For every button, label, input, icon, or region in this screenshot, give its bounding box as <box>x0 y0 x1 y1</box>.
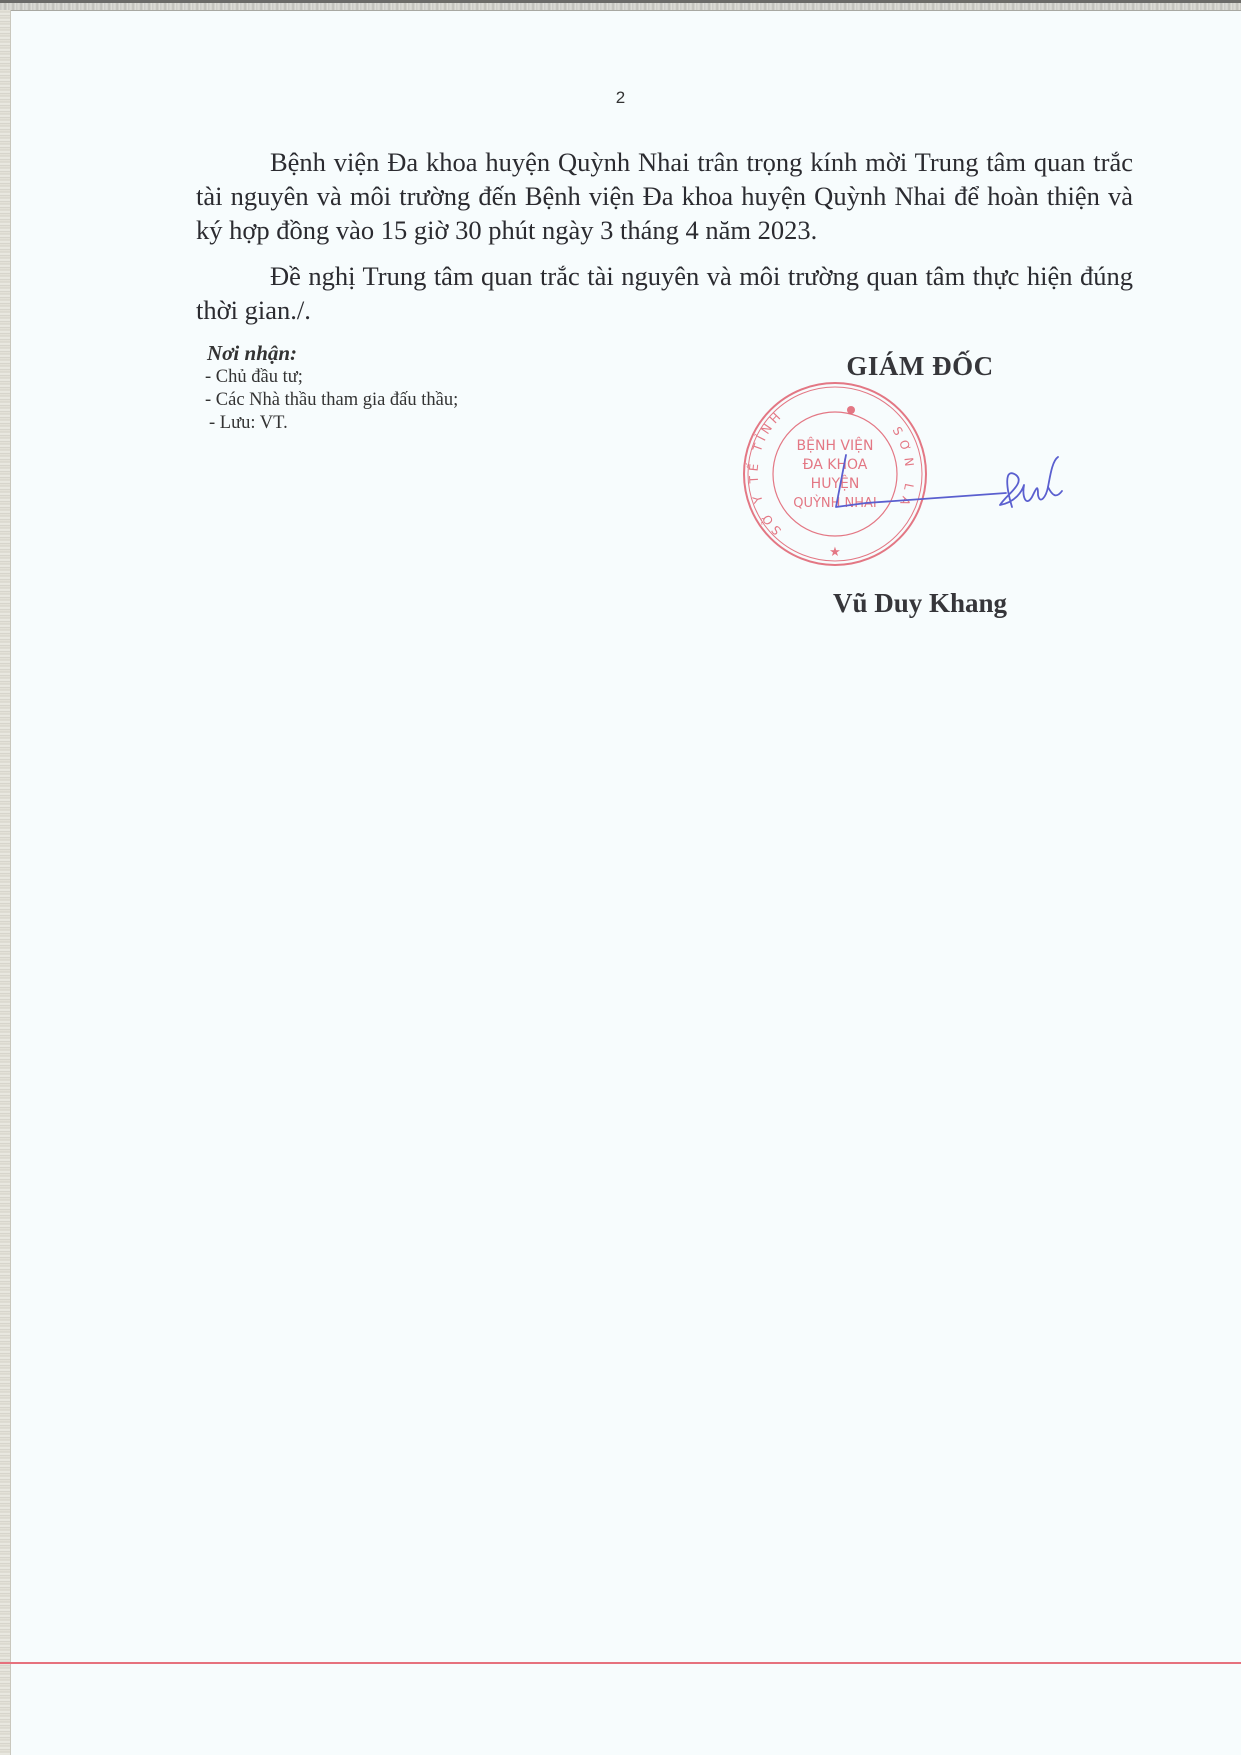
recipient-item: - Chủ đầu tư; <box>205 366 458 389</box>
body-paragraph-invitation: Bệnh viện Đa khoa huyện Quỳnh Nhai trân … <box>196 145 1133 247</box>
signer-name: Vũ Duy Khang <box>780 588 1060 619</box>
recipient-item: - Các Nhà thầu tham gia đấu thầu; <box>205 389 458 412</box>
stamp-ring-left-text: SỞ Y TẾ TỈNH <box>745 407 786 537</box>
recipients-title: Nơi nhận: <box>205 342 458 365</box>
footer-divider <box>0 1662 1241 1664</box>
recipient-item: - Lưu: VT. <box>205 412 458 435</box>
body-paragraph-request: Đề nghị Trung tâm quan trắc tài nguyên v… <box>196 259 1133 327</box>
stamp-star-icon: ★ <box>829 545 841 560</box>
stamp-dot <box>847 406 855 414</box>
paragraph-text: Bệnh viện Đa khoa huyện Quỳnh Nhai trân … <box>196 145 1133 247</box>
paragraph-text: Đề nghị Trung tâm quan trắc tài nguyên v… <box>196 259 1133 327</box>
scan-left-edge <box>0 10 11 1755</box>
signer-position: GIÁM ĐỐC <box>780 351 1060 382</box>
page-number: 2 <box>0 88 1241 108</box>
handwritten-signature <box>826 447 1080 537</box>
scan-top-edge <box>0 0 1241 11</box>
recipients-block: Nơi nhận: - Chủ đầu tư; - Các Nhà thầu t… <box>205 342 458 435</box>
